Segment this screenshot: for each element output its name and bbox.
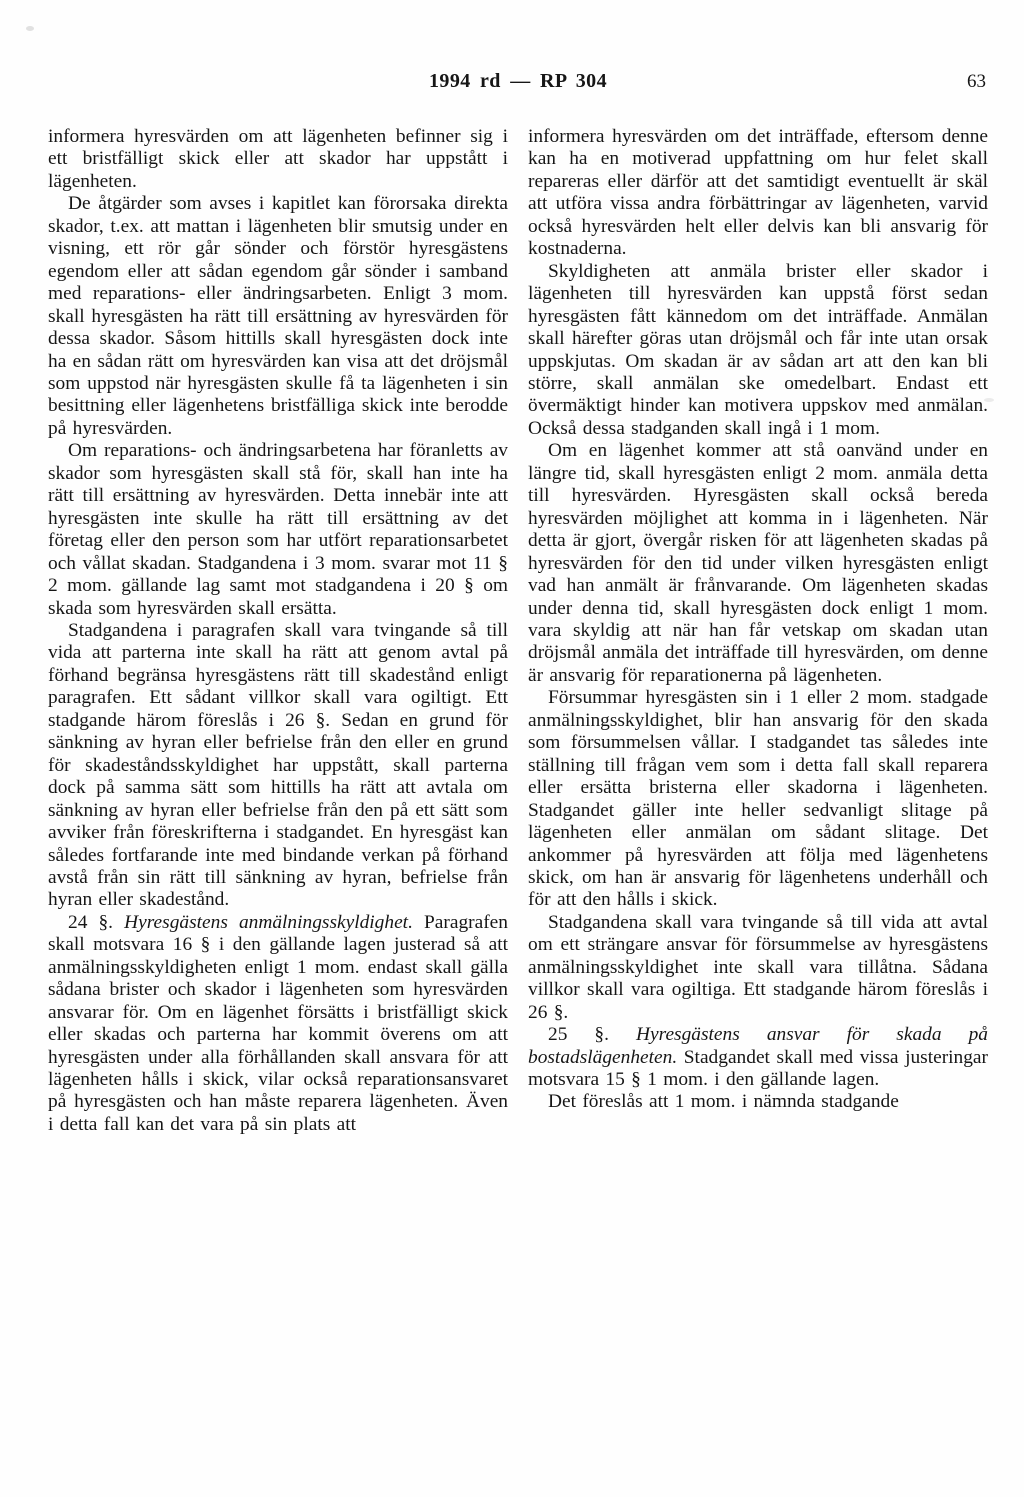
paragraph: informera hyresvärden om att lägenheten … xyxy=(48,126,508,193)
paragraph: Stadgandena skall vara tvingande så till… xyxy=(528,912,988,1024)
section-heading-italic: Hyresgästens anmälningsskyldighet. xyxy=(124,912,413,933)
paragraph: De åtgärder som avses i kapitlet kan för… xyxy=(48,193,508,440)
text-segment: Skyldigheten att anmäla brister eller sk… xyxy=(528,261,988,439)
text-segment: De åtgärder som avses i kapitlet kan för… xyxy=(48,193,508,439)
paragraph: Om reparations- och ändringsarbetena har… xyxy=(48,440,508,620)
paragraph: Stadgandena i paragrafen skall vara tvin… xyxy=(48,620,508,912)
paragraph: Om en lägenhet kommer att stå oanvänd un… xyxy=(528,440,988,687)
text-segment: 25 §. xyxy=(548,1024,636,1045)
document-page: 1994 rd — RP 304 63 informera hyresvärde… xyxy=(0,0,1024,1497)
text-segment: Om reparations- och ändringsarbetena har… xyxy=(48,440,508,618)
text-segment: Det föreslås att 1 mom. i nämnda stadgan… xyxy=(548,1091,899,1112)
text-segment: Om en lägenhet kommer att stå oanvänd un… xyxy=(528,440,988,686)
paragraph: Skyldigheten att anmäla brister eller sk… xyxy=(528,261,988,441)
page-number: 63 xyxy=(967,71,986,93)
running-header: 1994 rd — RP 304 63 xyxy=(48,70,988,96)
text-segment: informera hyresvärden om det inträffade,… xyxy=(528,126,988,259)
text-segment: Stadgandena i paragrafen skall vara tvin… xyxy=(48,620,508,910)
column-right: informera hyresvärden om det inträffade,… xyxy=(528,126,988,1136)
column-left: informera hyresvärden om att lägenheten … xyxy=(48,126,508,1136)
text-segment: 24 §. xyxy=(68,912,124,933)
text-segment: Försummar hyresgästen sin i 1 eller 2 mo… xyxy=(528,687,988,910)
paragraph: Det föreslås att 1 mom. i nämnda stadgan… xyxy=(528,1091,988,1113)
paragraph: 25 §. Hyresgästens ansvar för skada på b… xyxy=(528,1024,988,1091)
text-segment: Stadgandena skall vara tvingande så till… xyxy=(528,912,988,1023)
paragraph: 24 §. Hyresgästens anmälningsskyldighet.… xyxy=(48,912,508,1137)
running-head-title: 1994 rd — RP 304 xyxy=(48,70,988,93)
scan-artifact xyxy=(26,26,34,31)
text-segment: Paragrafen skall motsvara 16 § i den gäl… xyxy=(48,912,508,1135)
text-segment: informera hyresvärden om att lägenheten … xyxy=(48,126,508,192)
paragraph: Försummar hyresgästen sin i 1 eller 2 mo… xyxy=(528,687,988,912)
text-columns: informera hyresvärden om att lägenheten … xyxy=(48,126,988,1136)
paragraph: informera hyresvärden om det inträffade,… xyxy=(528,126,988,261)
